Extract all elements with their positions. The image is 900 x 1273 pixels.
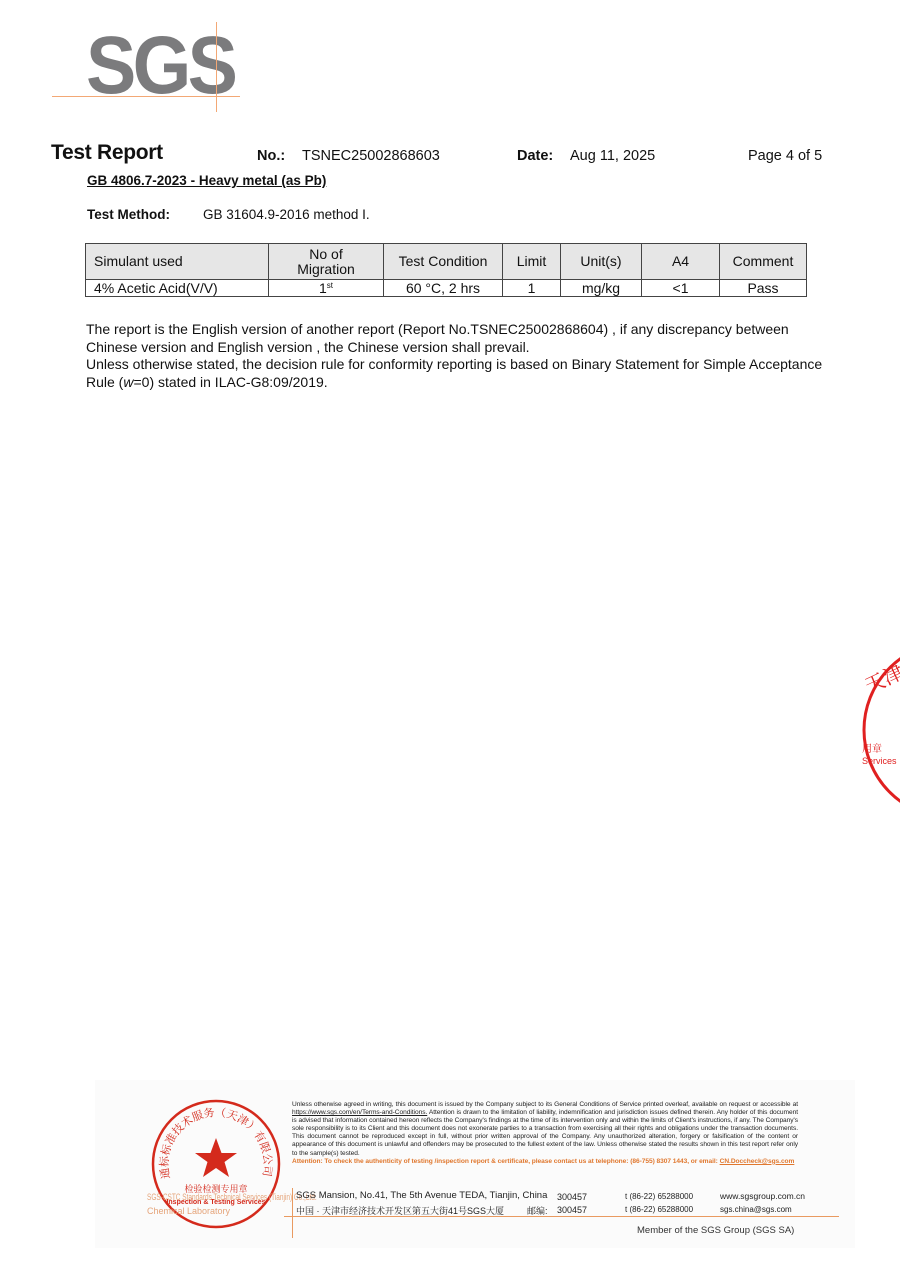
phone-2: t (86-22) 65288000 bbox=[625, 1205, 693, 1214]
test-method-value: GB 31604.9-2016 method I. bbox=[203, 207, 370, 222]
cell-limit: 1 bbox=[503, 280, 561, 297]
section-title: GB 4806.7-2023 - Heavy metal (as Pb) bbox=[87, 173, 326, 188]
legal-disclaimer: Unless otherwise agreed in writing, this… bbox=[292, 1101, 798, 1166]
phone-1: t (86-22) 65288000 bbox=[625, 1192, 693, 1201]
seal-icon: 天津 用章 Services bbox=[862, 640, 900, 820]
col-header-migration: No of Migration bbox=[269, 244, 384, 280]
cell-simulant: 4% Acetic Acid(V/V) bbox=[86, 280, 269, 297]
report-notes: The report is the English version of ano… bbox=[86, 321, 826, 391]
col-header-unit: Unit(s) bbox=[561, 244, 642, 280]
footer-divider-vertical bbox=[292, 1188, 293, 1238]
results-table: Simulant used No of Migration Test Condi… bbox=[85, 243, 807, 297]
cell-condition: 60 °C, 2 hrs bbox=[384, 280, 503, 297]
report-date: Aug 11, 2025 bbox=[570, 148, 655, 164]
table-header-row: Simulant used No of Migration Test Condi… bbox=[86, 244, 807, 280]
terms-link[interactable]: https://www.sgs.com/en/Terms-and-Conditi… bbox=[292, 1109, 427, 1116]
logo-accent-line-vertical bbox=[216, 22, 217, 112]
table-row: 4% Acetic Acid(V/V) 1st 60 °C, 2 hrs 1 m… bbox=[86, 280, 807, 297]
sgs-logo: SGS bbox=[86, 30, 236, 102]
test-method-label: Test Method: bbox=[87, 207, 170, 222]
col-header-migration-line2: Migration bbox=[297, 261, 355, 277]
decision-rule-note: Unless otherwise stated, the decision ru… bbox=[86, 356, 826, 391]
cell-migration: 1st bbox=[269, 280, 384, 297]
col-header-simulant: Simulant used bbox=[86, 244, 269, 280]
sgs-logo-text: SGS bbox=[86, 30, 234, 102]
svg-text:天津: 天津 bbox=[862, 660, 900, 699]
col-header-migration-line1: No of bbox=[309, 246, 342, 262]
language-note: The report is the English version of ano… bbox=[86, 321, 826, 356]
email-link[interactable]: sgs.china@sgs.com bbox=[720, 1205, 792, 1214]
address-chinese: 中国 · 天津市经济技术开发区第五大街41号SGS大厦 bbox=[296, 1204, 504, 1217]
report-date-label: Date: bbox=[517, 148, 553, 164]
svg-text:Services: Services bbox=[862, 756, 897, 766]
edge-seal-stamp: 天津 用章 Services bbox=[862, 640, 900, 820]
col-header-condition: Test Condition bbox=[384, 244, 503, 280]
cell-unit: mg/kg bbox=[561, 280, 642, 297]
logo-accent-line-horizontal bbox=[52, 96, 240, 97]
sgs-group-membership: Member of the SGS Group (SGS SA) bbox=[637, 1225, 794, 1236]
cell-sample-a4: <1 bbox=[642, 280, 720, 297]
website-link[interactable]: www.sgsgroup.com.cn bbox=[720, 1191, 805, 1201]
address-english: SGS Mansion, No.41, The 5th Avenue TEDA,… bbox=[296, 1190, 547, 1201]
doccheck-email-link[interactable]: CN.Doccheck@sgs.com bbox=[720, 1158, 795, 1165]
page-indicator: Page 4 of 5 bbox=[748, 148, 822, 164]
col-header-limit: Limit bbox=[503, 244, 561, 280]
postcode-english: 300457 bbox=[557, 1192, 587, 1202]
report-number-label: No.: bbox=[257, 148, 285, 164]
svg-text:用章: 用章 bbox=[862, 742, 882, 755]
authenticity-notice: Attention: To check the authenticity of … bbox=[292, 1158, 794, 1165]
col-header-comment: Comment bbox=[720, 244, 807, 280]
report-number: TSNEC25002868603 bbox=[302, 148, 440, 164]
report-title: Test Report bbox=[51, 141, 163, 165]
cell-comment: Pass bbox=[720, 280, 807, 297]
postcode-chinese-label: 邮编: bbox=[527, 1204, 548, 1217]
postcode-chinese: 300457 bbox=[557, 1205, 587, 1215]
col-header-sample-a4: A4 bbox=[642, 244, 720, 280]
